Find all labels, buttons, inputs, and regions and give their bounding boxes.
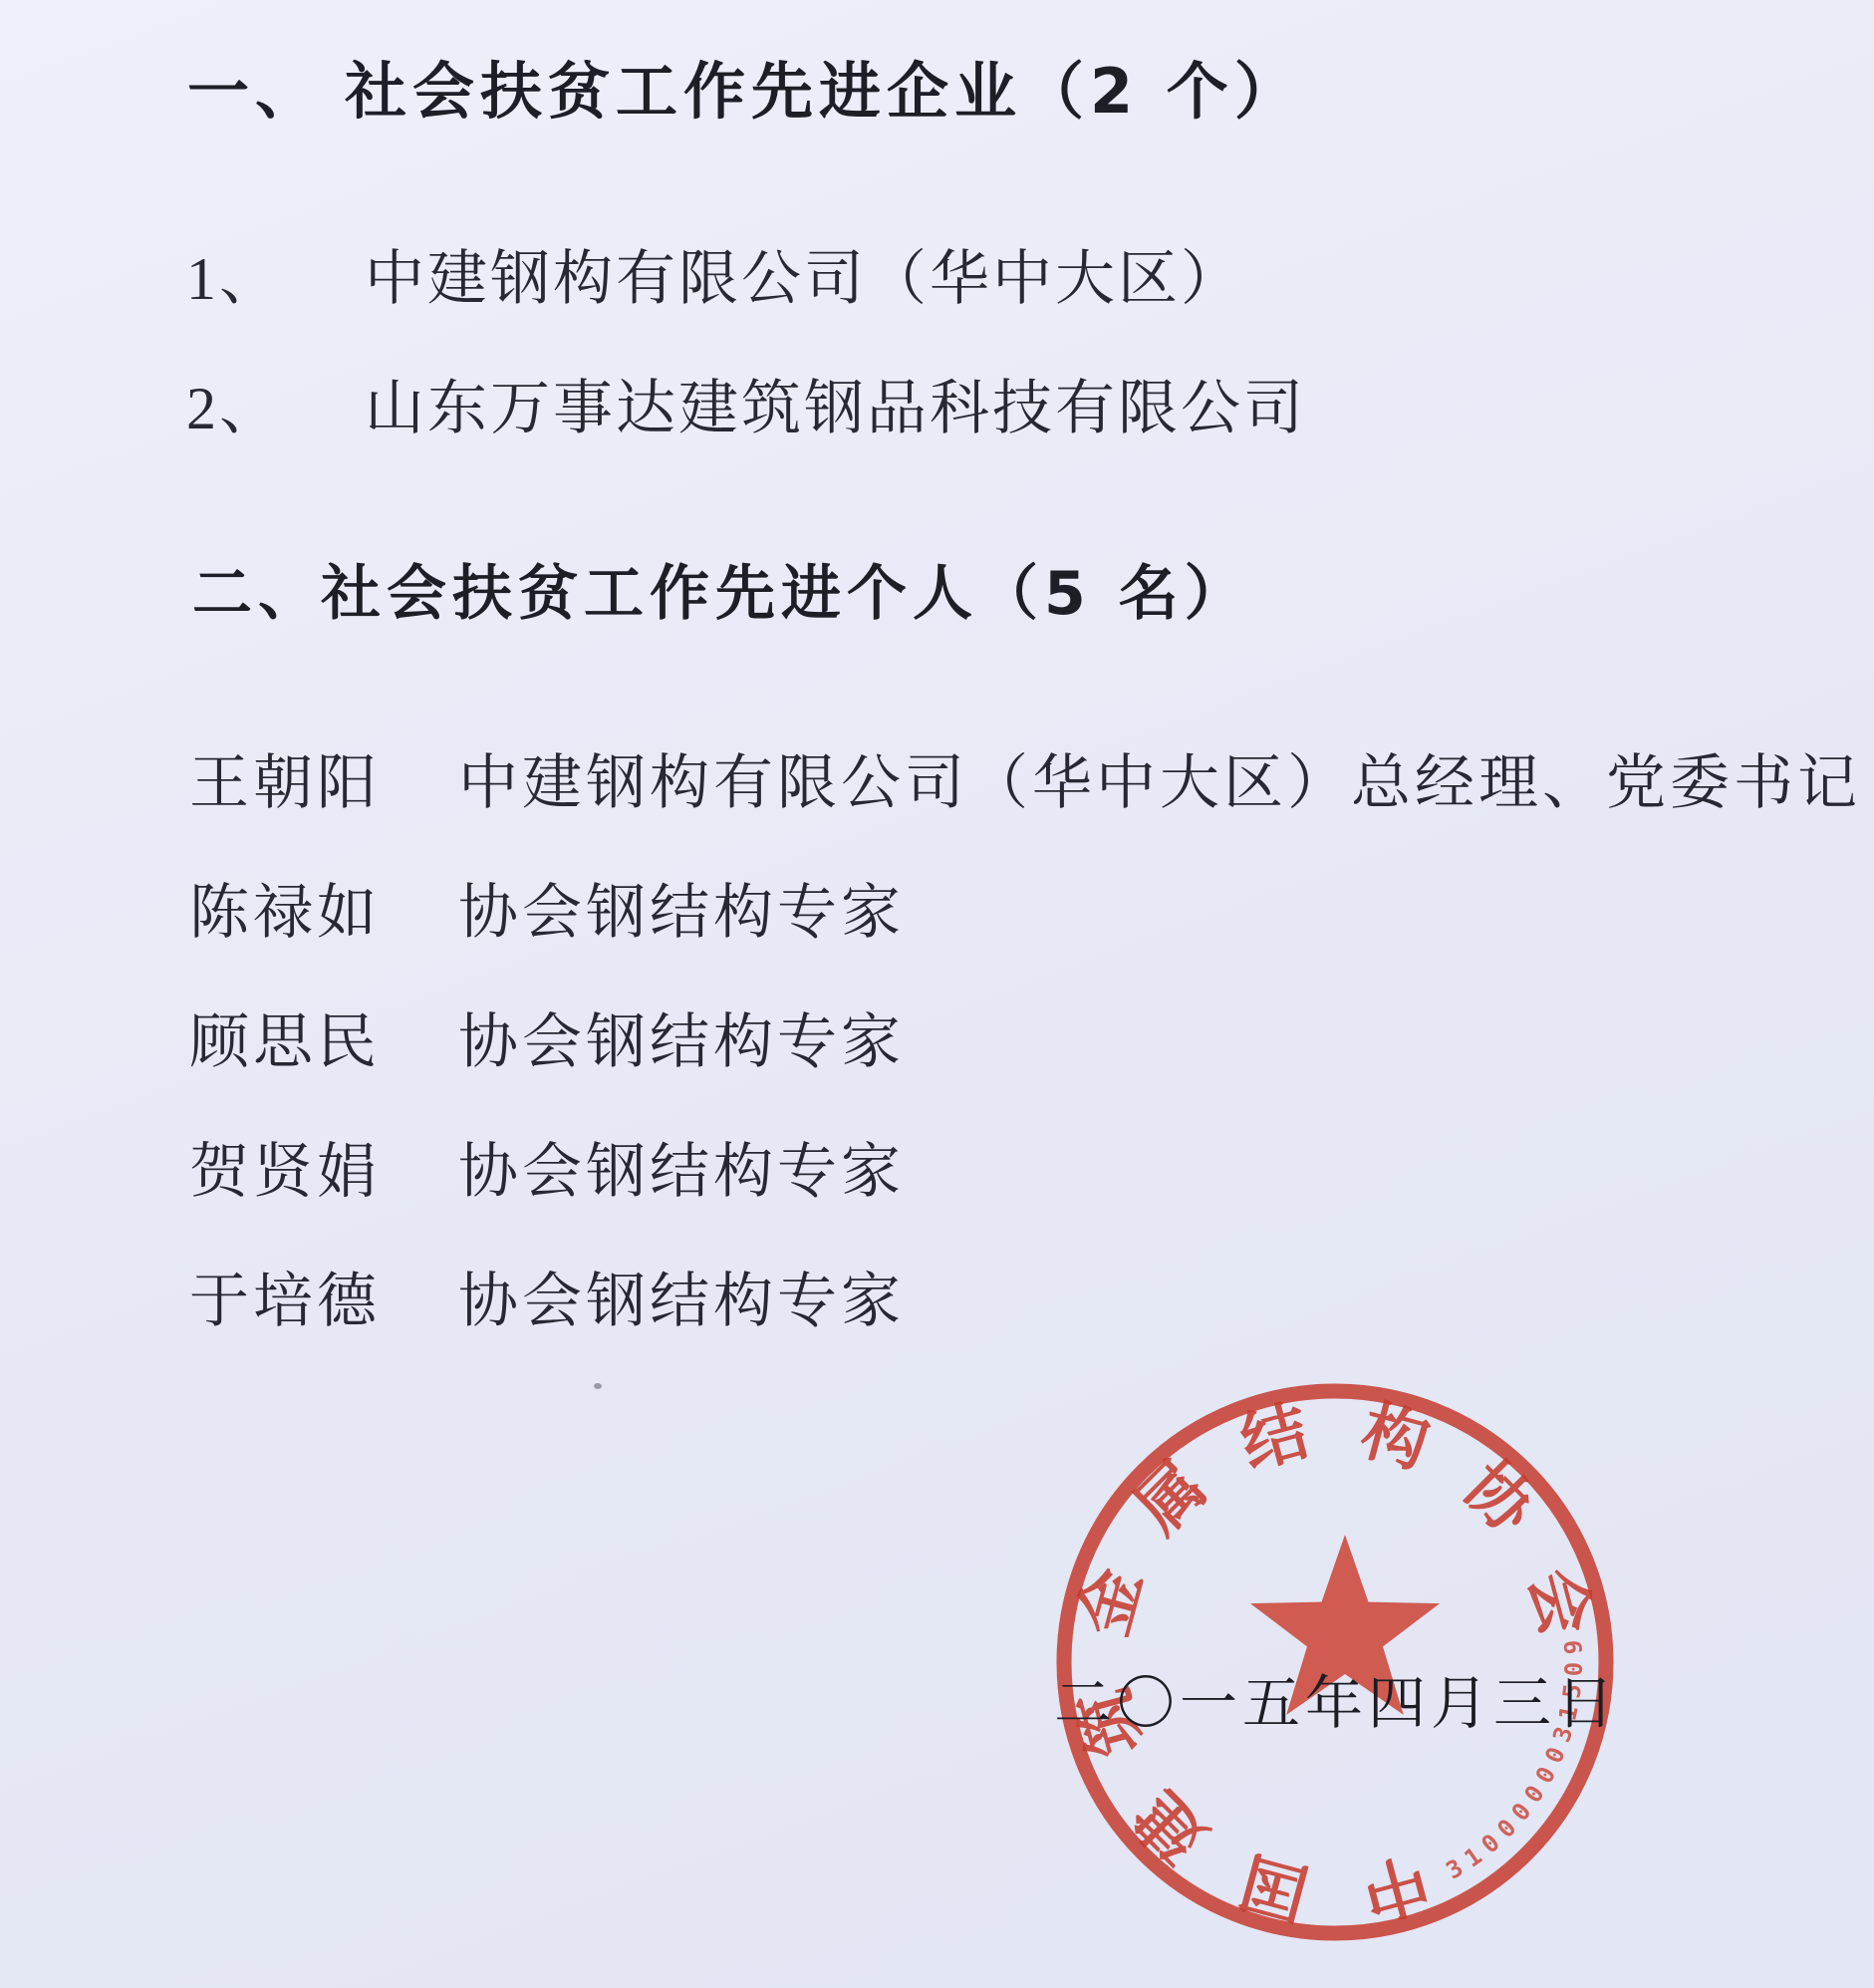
company-item: 1、中建钢构有限公司（华中大区） [186, 231, 1243, 317]
document-date: 二〇一五年四月三日 [1054, 1656, 1619, 1740]
person-name: 王朝阳 [189, 735, 458, 821]
svg-text:中: 中 [1354, 1842, 1438, 1933]
svg-text:结: 结 [1232, 1391, 1316, 1483]
person-name: 顾思民 [189, 994, 458, 1080]
svg-text:建: 建 [1120, 1777, 1221, 1878]
person-name: 贺贤娟 [189, 1124, 458, 1210]
person-row: 陈禄如协会钢结构专家 [189, 865, 905, 951]
person-name: 于培德 [189, 1254, 458, 1339]
section2-title: 社会扶贫工作先进个人（5 名） [321, 559, 1250, 629]
section2-marker: 二、 [192, 546, 321, 632]
person-row: 贺贤娟协会钢结构专家 [189, 1124, 905, 1210]
scan-speck [594, 1383, 602, 1389]
scanned-document-page: { "document": { "section1": { "marker": … [0, 0, 1874, 1988]
section2-heading: 二、社会扶贫工作先进个人（5 名） [192, 546, 1250, 632]
company-1-marker: 1、 [186, 231, 365, 317]
svg-text:会: 会 [1514, 1560, 1606, 1643]
svg-text:属: 属 [1120, 1447, 1221, 1549]
person-title: 中建钢构有限公司（华中大区）总经理、党委书记 [458, 750, 1861, 816]
svg-text:构: 构 [1354, 1391, 1438, 1483]
svg-text:协: 协 [1450, 1447, 1552, 1550]
svg-text:金: 金 [1064, 1560, 1156, 1643]
person-row: 王朝阳中建钢构有限公司（华中大区）总经理、党委书记 [189, 735, 1861, 821]
section1-title: 社会扶贫工作先进企业（2 个） [345, 55, 1302, 128]
person-name: 陈禄如 [189, 865, 458, 951]
company-item: 2、山东万事达建筑钢品科技有限公司 [186, 361, 1306, 446]
svg-text:0: 0 [1518, 1781, 1549, 1809]
svg-text:0: 0 [1539, 1743, 1570, 1767]
person-title: 协会钢结构专家 [458, 880, 905, 946]
person-title: 协会钢结构专家 [458, 1139, 905, 1205]
section1-marker: 一、 [187, 42, 345, 131]
section1-heading: 一、社会扶贫工作先进企业（2 个） [187, 42, 1302, 131]
svg-text:0: 0 [1530, 1762, 1562, 1788]
svg-text:国: 国 [1232, 1842, 1316, 1933]
person-title: 协会钢结构专家 [458, 1009, 905, 1075]
person-title: 协会钢结构专家 [458, 1269, 905, 1334]
company-1-name: 中建钢构有限公司（华中大区） [365, 246, 1243, 312]
person-row: 顾思民协会钢结构专家 [189, 994, 905, 1080]
company-2-marker: 2、 [186, 361, 365, 446]
person-row: 于培德协会钢结构专家 [189, 1254, 905, 1339]
svg-text:9: 9 [1559, 1639, 1588, 1655]
company-2-name: 山东万事达建筑钢品科技有限公司 [365, 376, 1306, 441]
